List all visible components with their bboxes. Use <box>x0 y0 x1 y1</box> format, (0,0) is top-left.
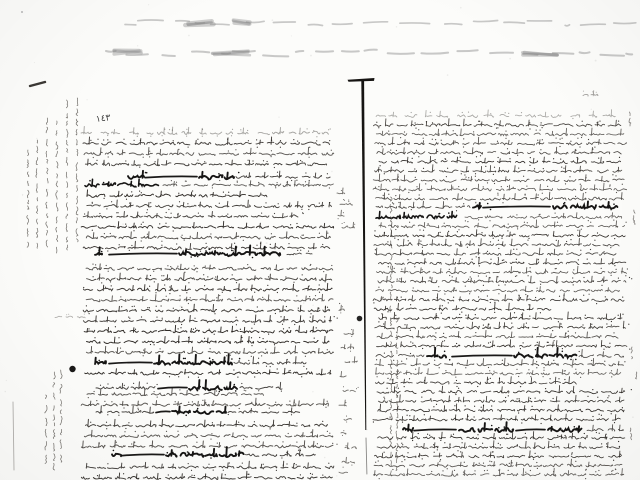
stray-marks <box>13 11 598 470</box>
right-edge-marks <box>629 112 637 440</box>
page-number: ١٤٣ <box>95 113 111 125</box>
left-page-text <box>69 127 339 480</box>
bookmark-ribbon <box>348 78 375 474</box>
manuscript-scan: ١٤٣ <box>0 0 640 480</box>
left-page-margin-notes <box>27 98 78 470</box>
right-page-text <box>373 110 632 479</box>
manuscript-artwork <box>0 0 640 480</box>
scan-artifact-top-rows <box>106 20 636 56</box>
gutter-marks <box>337 188 362 473</box>
paper-speckle <box>5 4 634 476</box>
